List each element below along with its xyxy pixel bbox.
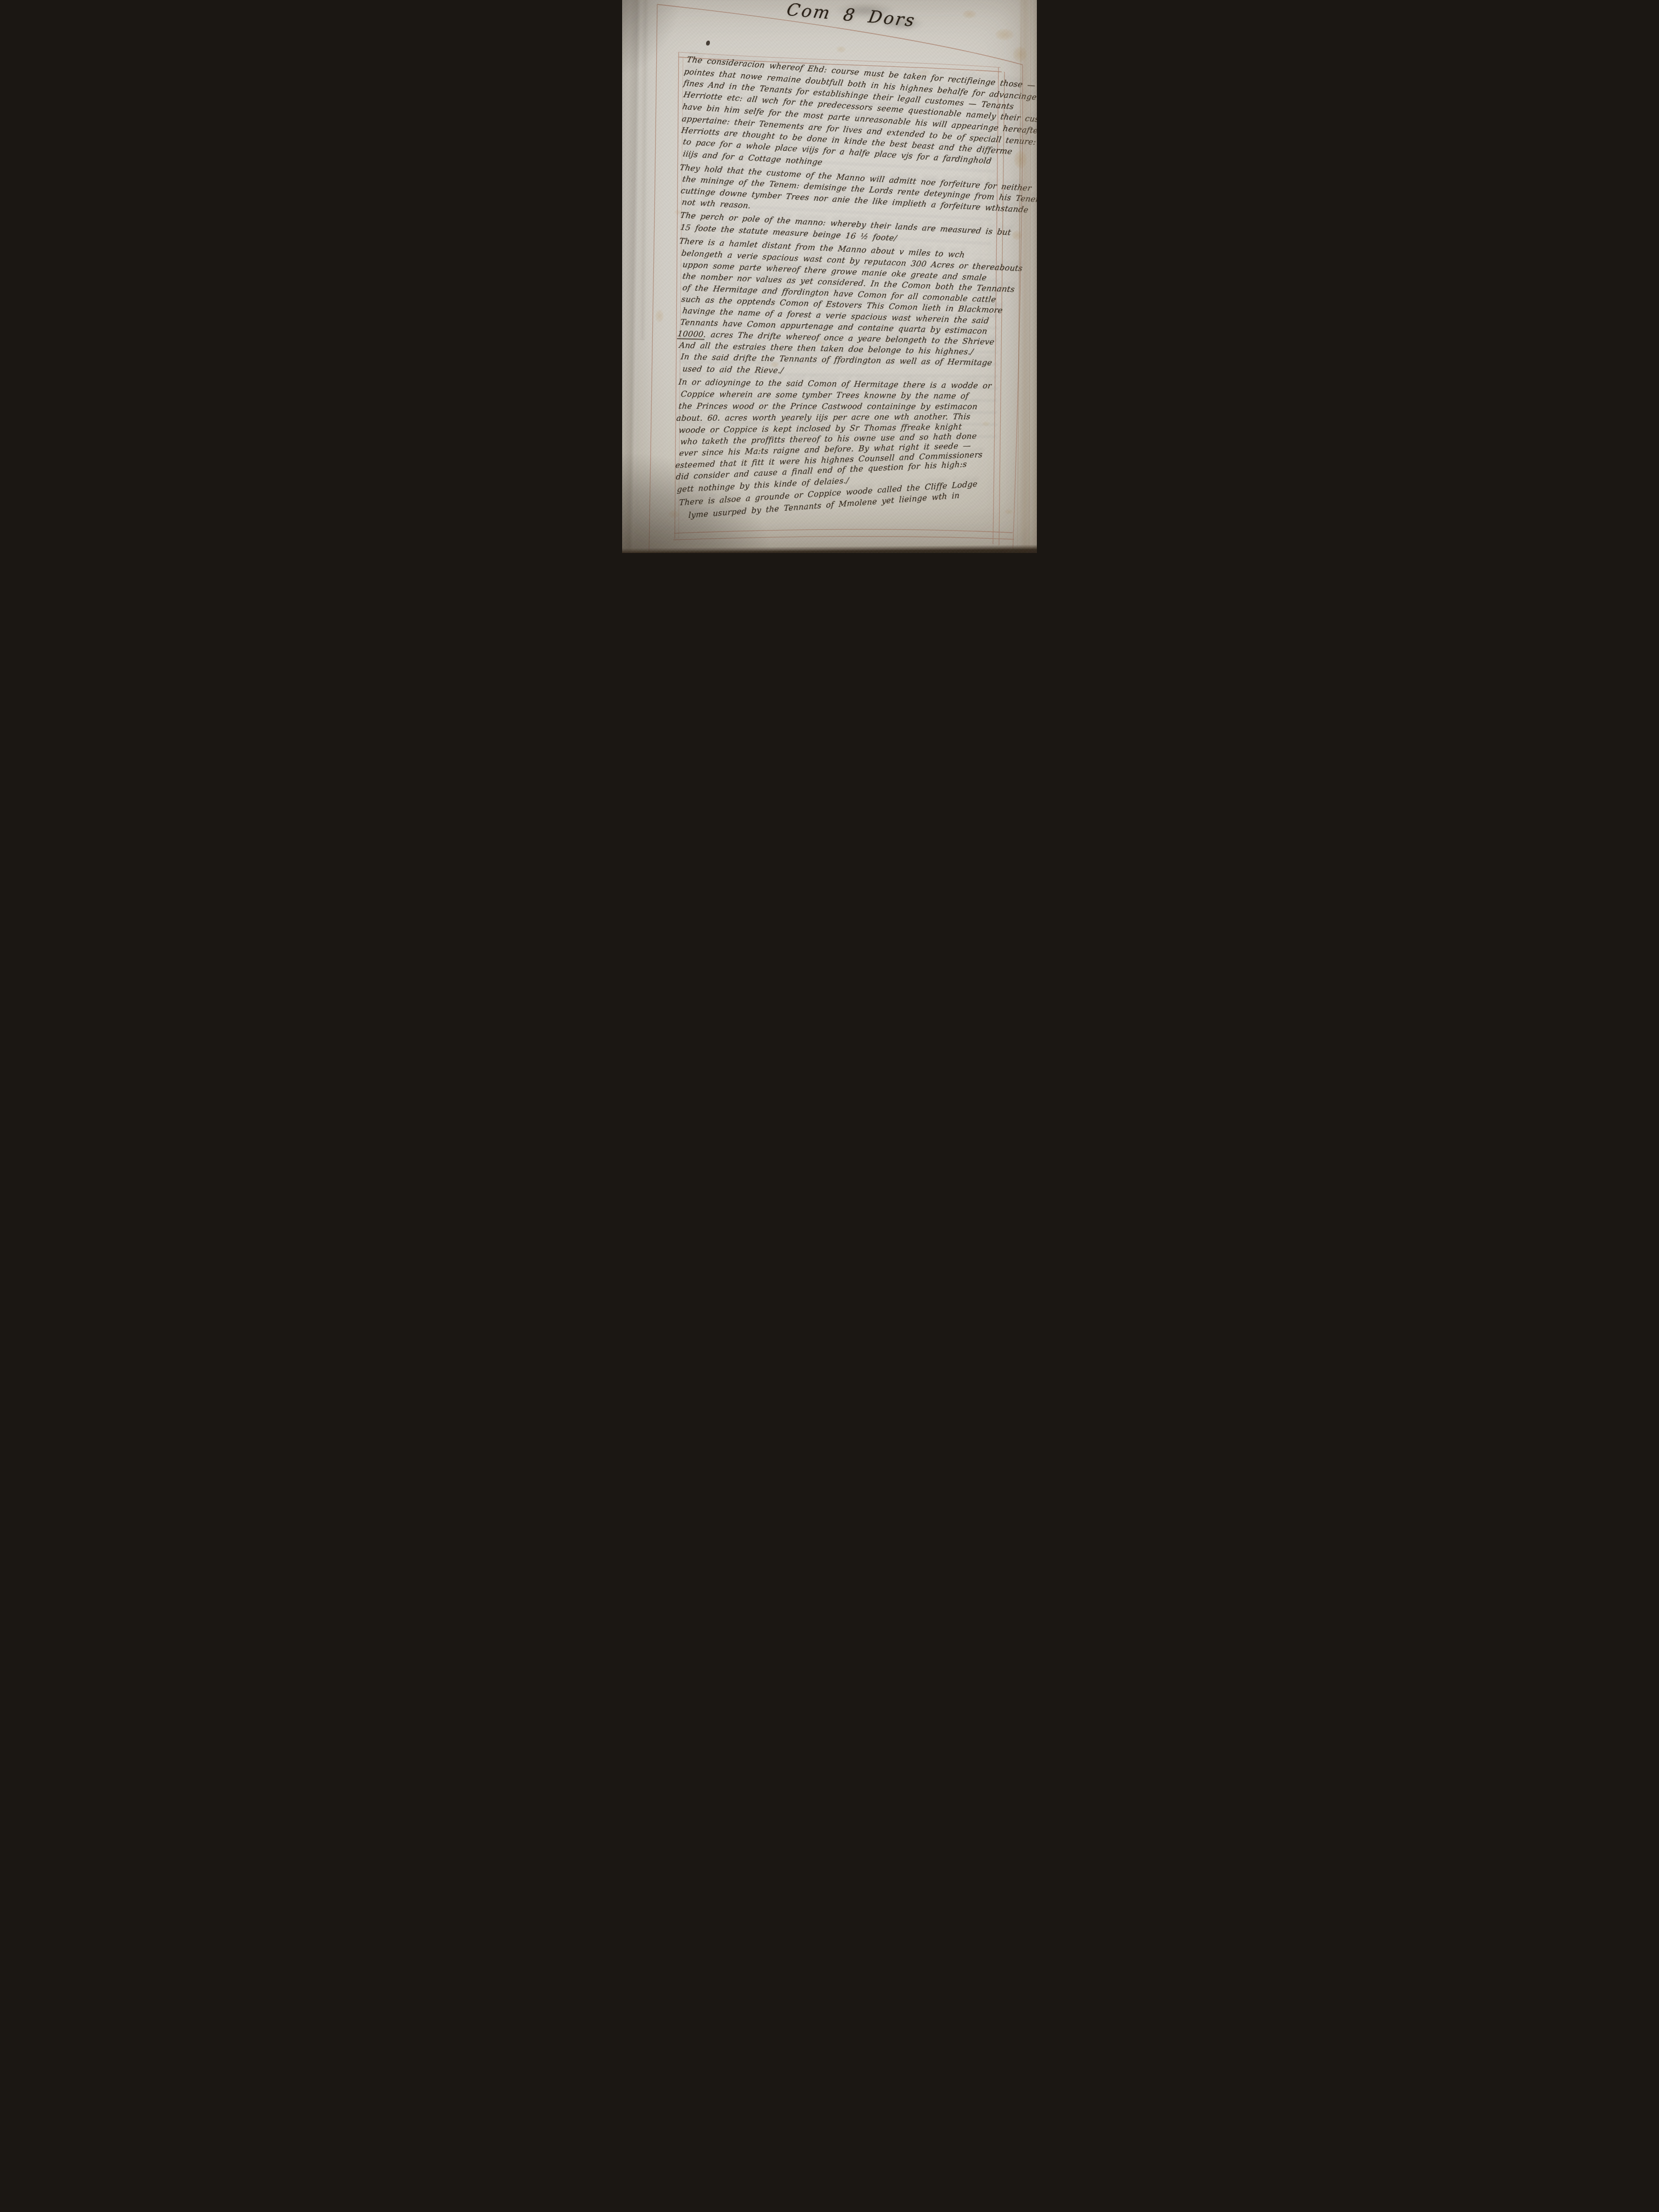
underline-flourish bbox=[677, 338, 704, 340]
manuscript-line: not wth reason. bbox=[681, 198, 752, 211]
manuscript-line: about. 60. acres worth yearely iijs per … bbox=[676, 412, 971, 424]
manuscript-line: Coppice wherein are some tymber Trees kn… bbox=[680, 390, 969, 402]
manuscript-line: In or adioyninge to the said Comon of He… bbox=[678, 377, 992, 391]
manuscript-line: used to aid the Rieve./ bbox=[682, 364, 784, 376]
manuscript-line: the Princes wood or the Prince Castwood … bbox=[678, 402, 978, 412]
manuscript-text-block: The consideracion whereof Ehd: course mu… bbox=[622, 0, 1037, 553]
manuscript-photo: Com 8 Dors The consideracion whereof Ehd… bbox=[622, 0, 1037, 553]
